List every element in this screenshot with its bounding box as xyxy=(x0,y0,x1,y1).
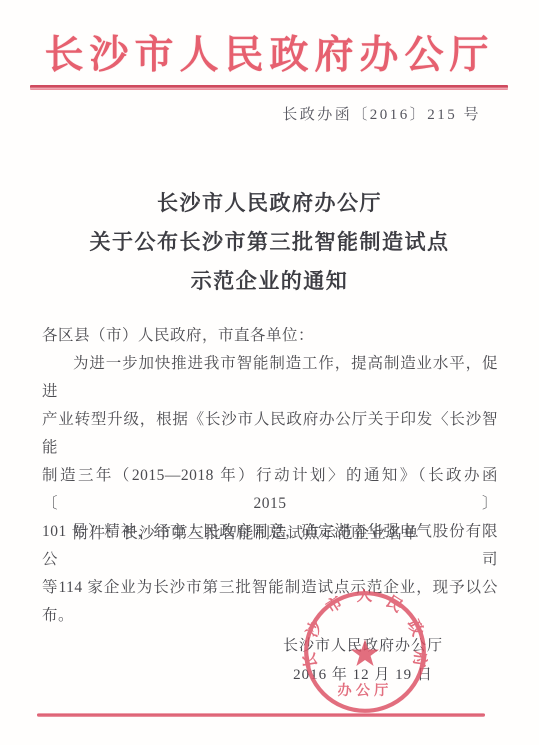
letterhead-divider-rule xyxy=(30,85,508,90)
document-page: 长沙市人民政府办公厅 长政办函〔2016〕215 号 长沙市人民政府办公厅 关于… xyxy=(0,0,539,745)
body-line: 制造三年（2015—2018 年）行动计划〉的通知》（长政办函〔2015〕 xyxy=(42,462,498,518)
signoff-block: 长沙市人民政府办公厅 2016 年 12 月 19 日 xyxy=(237,632,489,690)
letterhead-agency-title: 长沙市人民政府办公厅 xyxy=(0,24,539,80)
body-line: 为进一步加快推进我市智能制造工作，提高制造业水平，促进 xyxy=(42,350,498,406)
document-body: 各区县（市）人民政府，市直各单位： 为进一步加快推进我市智能制造工作，提高制造业… xyxy=(42,322,498,630)
document-title-line-2: 关于公布长沙市第三批智能制造试点 xyxy=(0,223,539,262)
footer-divider-rule xyxy=(37,713,485,717)
attachment-line: 附件：长沙市第三批智能制造试点示范企业名单 xyxy=(42,520,498,548)
document-title-line-3: 示范企业的通知 xyxy=(0,262,539,301)
document-title-line-1: 长沙市人民政府办公厅 xyxy=(0,184,539,223)
signature-date: 2016 年 12 月 19 日 xyxy=(237,661,489,690)
body-line: 产业转型升级，根据《长沙市人民政府办公厅关于印发〈长沙智能 xyxy=(42,406,498,462)
salutation-line: 各区县（市）人民政府，市直各单位： xyxy=(42,322,498,350)
signature-agency: 长沙市人民政府办公厅 xyxy=(237,632,489,661)
document-number: 长政办函〔2016〕215 号 xyxy=(0,103,481,124)
document-title: 长沙市人民政府办公厅 关于公布长沙市第三批智能制造试点 示范企业的通知 xyxy=(0,184,539,301)
body-line: 等114 家企业为长沙市第三批智能制造试点示范企业，现予以公布。 xyxy=(42,574,498,630)
